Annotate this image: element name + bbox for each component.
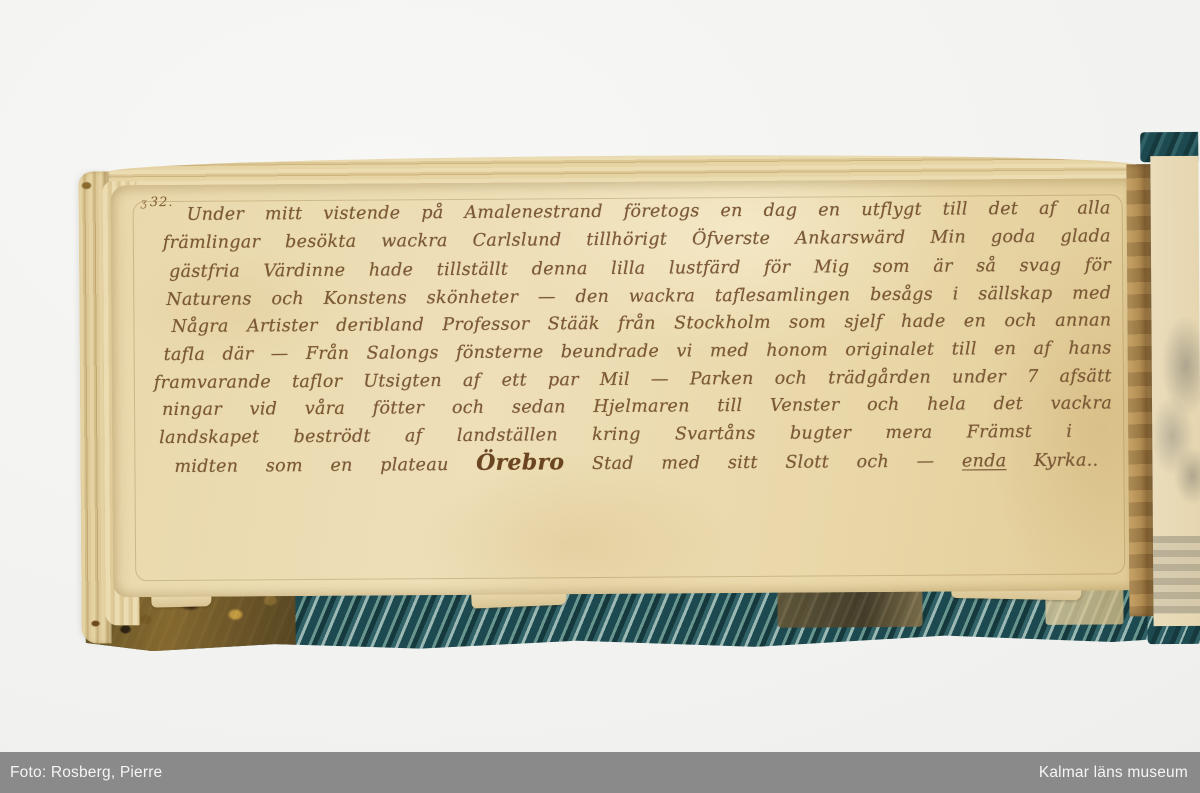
- orebro-word: Örebro: [476, 449, 564, 476]
- watercolor-water-band: [1153, 536, 1200, 614]
- caption-bar: Foto: Rosberg, Pierre Kalmar läns museum: [0, 752, 1200, 793]
- watercolor-grey-wash: [1151, 276, 1200, 516]
- last-line-pre: midten som en plateau: [174, 455, 476, 477]
- museum-name: Kalmar läns museum: [1039, 764, 1188, 782]
- next-page-sliver: [1150, 156, 1200, 626]
- manuscript-page: ʒ32. Under mitt vistende på Amalenestran…: [110, 178, 1133, 597]
- last-line-mid: Stad med sitt Slott och —: [564, 451, 962, 474]
- page-number-mark: ʒ: [141, 196, 148, 209]
- page-number: ʒ32.: [141, 195, 174, 210]
- last-line-post: Kyrka..: [1006, 451, 1098, 472]
- photo-credit: Foto: Rosberg, Pierre: [10, 764, 162, 782]
- diary-book: ʒ32. Under mitt vistende på Amalenestran…: [0, 0, 1200, 793]
- page-number-value: 32.: [150, 195, 174, 210]
- underlined-word: enda: [962, 451, 1007, 471]
- photo-canvas: ʒ32. Under mitt vistende på Amalenestran…: [0, 0, 1200, 793]
